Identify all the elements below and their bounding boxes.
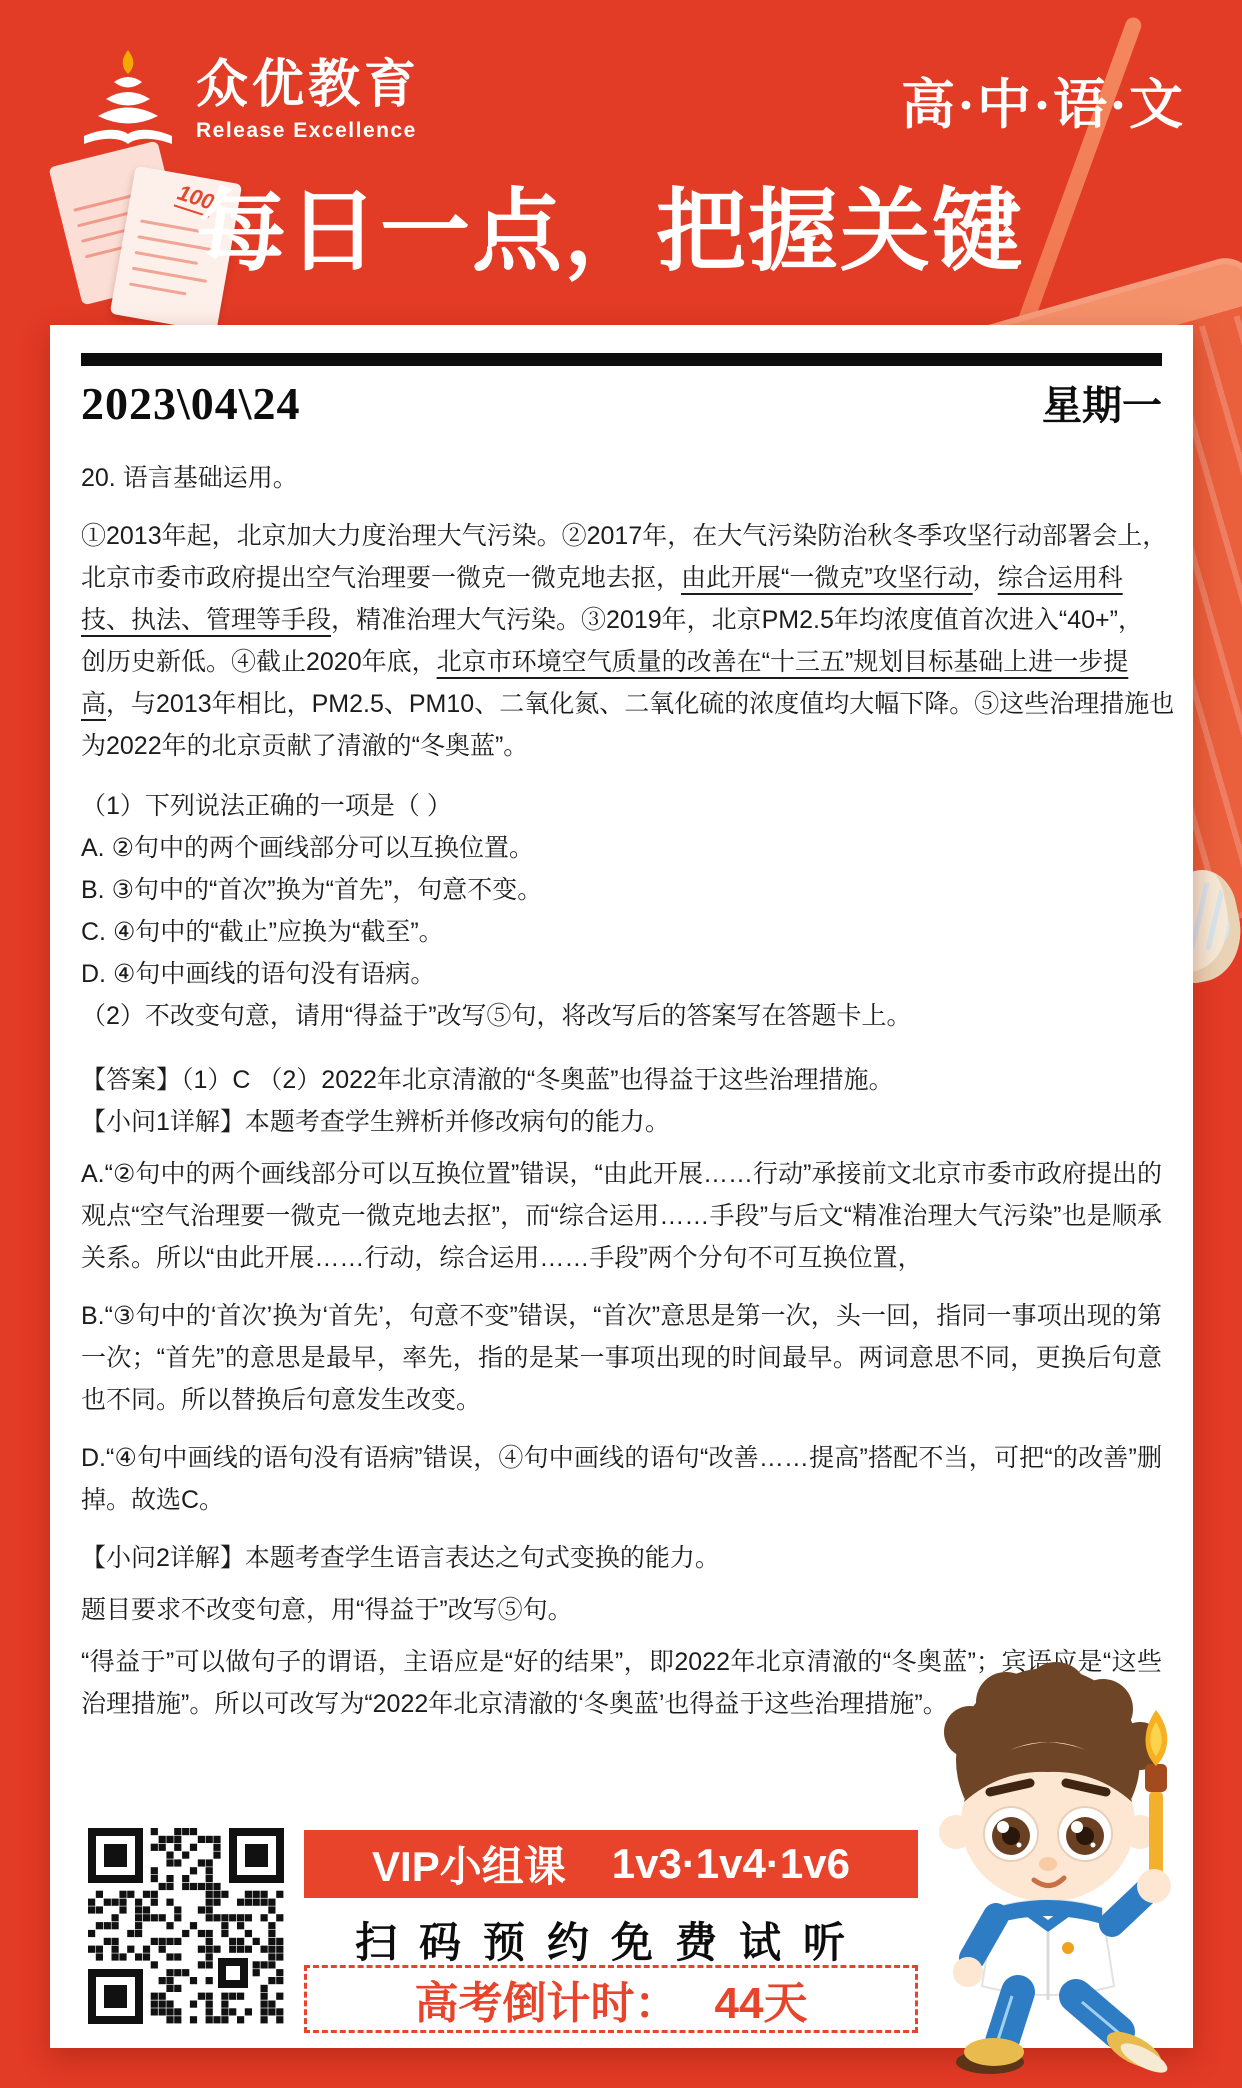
explain1-title: 【小问1详解】本题考查学生辨析并修改病句的能力。 (81, 1101, 1162, 1143)
brand-slogan: Release Excellence (196, 119, 420, 143)
vip-label: VIP小组课 (372, 1834, 566, 1894)
countdown-box: 高考倒计时： 44天 (304, 1965, 918, 2033)
brand-name: 众优教育 (196, 57, 420, 114)
vip-banner: VIP小组课 1v3·1v4·1v6 (304, 1830, 918, 1898)
option-a: A. ②句中的两个画线部分可以互换位置。 (81, 827, 1162, 869)
mascot-boy (898, 1652, 1198, 2082)
option-b: B. ③句中的“首次”换为“首先”，句意不变。 (81, 869, 1162, 911)
vip-ratios: 1v3·1v4·1v6 (612, 1840, 850, 1888)
date-row: 2023\04\24 星期一 (81, 374, 1162, 431)
scan-cta: 扫码预约免费试听 (304, 1910, 918, 1970)
sub-question-2: （2）不改变句意，请用“得益于”改写⑤句，将改写后的答案写在答题卡上。 (81, 995, 1162, 1037)
passage: ①2013年起，北京加大力度治理大气污染。②2017年，在大气污染防治秋冬季攻坚… (81, 515, 1162, 767)
sub-question-1: （1）下列说法正确的一项是（ ） (81, 785, 1162, 827)
explain1-b: B.“③句中的‘首次’换为‘首先’，句意不变”错误，“首次”意思是第一次，头一回… (81, 1295, 1162, 1421)
worksheet-content: 20. 语言基础运用。 ①2013年起，北京加大力度治理大气污染。②2017年，… (81, 457, 1162, 1725)
passage-line: 北京市委市政府提出空气治理要一微克一微克地去抠，由此开展“一微克”攻坚行动，综合… (81, 557, 1162, 599)
explain1-d: D.“④句中画线的语句没有语病”错误，④句中画线的语句“改善……提高”搭配不当，… (81, 1437, 1162, 1521)
answer-line: 【答案】（1）C （2）2022年北京清澈的“冬奥蓝”也得益于这些治理措施。 (81, 1059, 1162, 1101)
subject-label: 高·中·语·文 (845, 62, 1185, 139)
brand-logo: 众优教育 Release Excellence (78, 48, 420, 152)
explain1-a: A.“②句中的两个画线部分可以互换位置”错误，“由此开展……行动”承接前文北京市… (81, 1153, 1162, 1279)
countdown-label: 高考倒计时： (415, 1967, 679, 2031)
passage-line: 高，与2013年相比，PM2.5、PM10、二氧化氮、二氧化硫的浓度值均大幅下降… (81, 683, 1162, 725)
date: 2023\04\24 (81, 377, 301, 430)
option-d: D. ④句中画线的语句没有语病。 (81, 953, 1162, 995)
passage-line: 为2022年的北京贡献了清澈的“冬奥蓝”。 (81, 725, 1162, 767)
weekday: 星期一 (1042, 374, 1162, 431)
calligraphy-brush-icon (1145, 1710, 1167, 1882)
question-number-line: 20. 语言基础运用。 (81, 457, 1162, 499)
option-c: C. ④句中的“截止”应换为“截至”。 (81, 911, 1162, 953)
explain2-title: 【小问2详解】本题考查学生语言表达之句式变换的能力。 (81, 1537, 1162, 1579)
zhongyou-logo-icon (78, 48, 178, 152)
passage-line: ①2013年起，北京加大力度治理大气污染。②2017年，在大气污染防治秋冬季攻坚… (81, 515, 1162, 557)
explain2-line1: 题目要求不改变句意，用“得益于”改写⑤句。 (81, 1589, 1162, 1631)
passage-line: 创历史新低。④截止2020年底，北京市环境空气质量的改善在“十三五”规划目标基础… (81, 641, 1162, 683)
hero-title: 每日一点，把握关键 (196, 158, 1024, 288)
passage-line: 技、执法、管理等手段，精准治理大气污染。③2019年，北京PM2.5年均浓度值首… (81, 599, 1162, 641)
poster: { "brand": { "name": "众优教育", "slogan": "… (0, 0, 1242, 2088)
header-rule (81, 353, 1162, 366)
qr-code (88, 1828, 284, 2024)
countdown-value: 44天 (715, 1967, 808, 2031)
